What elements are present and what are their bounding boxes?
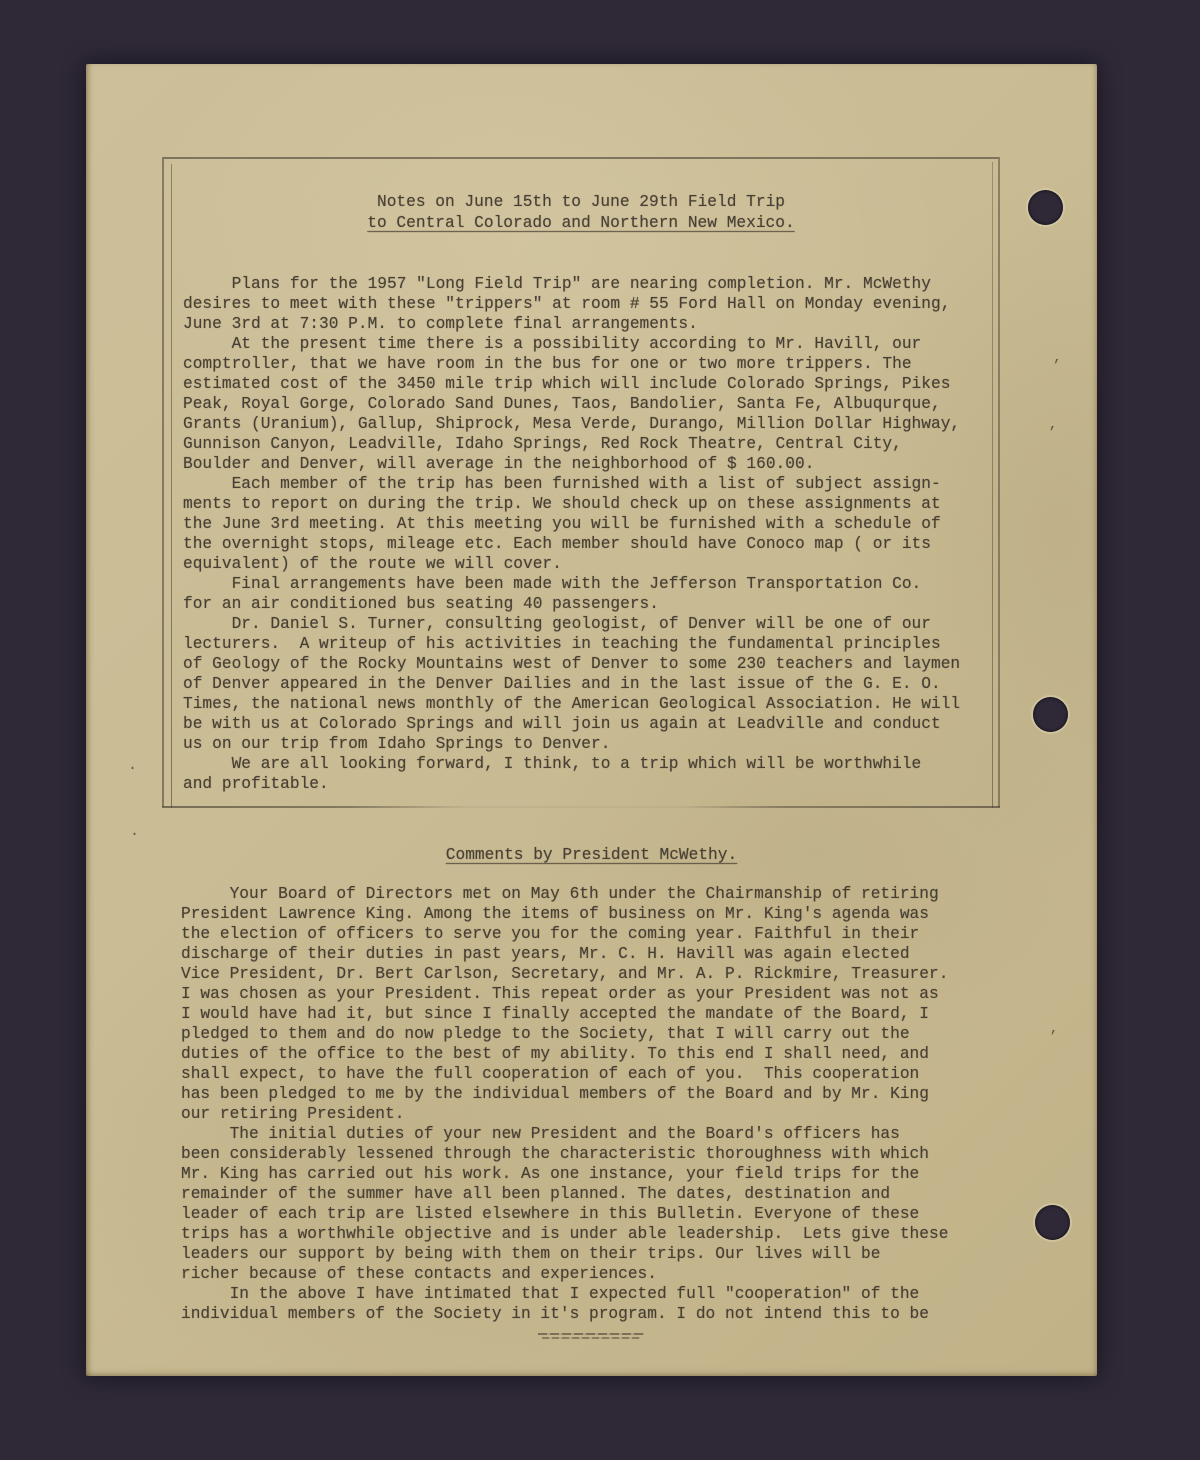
text-line: Vice President, Dr. Bert Carlson, Secret…: [181, 964, 948, 984]
text-line: for an air conditioned bus seating 40 pa…: [183, 594, 960, 614]
text-line: trips has a worthwhile objective and is …: [181, 1224, 948, 1244]
text-line: Grants (Uranium), Gallup, Shiprock, Mesa…: [183, 414, 960, 434]
text-line: ments to report on during the trip. We s…: [183, 494, 960, 514]
text-line: June 3rd at 7:30 P.M. to complete final …: [183, 314, 960, 334]
text-line: leaders our support by being with them o…: [181, 1244, 948, 1264]
text-line: Plans for the 1957 "Long Field Trip" are…: [183, 274, 960, 294]
text-line: In the above I have intimated that I exp…: [181, 1284, 948, 1304]
text-line: Each member of the trip has been furnish…: [183, 474, 960, 494]
ink-speck: ’: [1052, 362, 1061, 372]
ink-speck: ·: [130, 830, 139, 840]
text-line: lecturers. A writeup of his activities i…: [183, 634, 960, 654]
hole-punch-top: [1028, 190, 1063, 225]
text-line: the election of officers to serve you fo…: [181, 924, 948, 944]
text-line: comptroller, that we have room in the bu…: [183, 354, 960, 374]
hole-punch-bottom: [1035, 1205, 1070, 1240]
text-line: duties of the office to the best of my a…: [181, 1044, 948, 1064]
text-line: shall expect, to have the full cooperati…: [181, 1064, 948, 1084]
hole-punch-middle: [1033, 697, 1068, 732]
text-line: We are all looking forward, I think, to …: [183, 754, 960, 774]
box-inner-border-right: [992, 162, 993, 808]
text-line: and profitable.: [183, 774, 960, 794]
text-line: individual members of the Society in it'…: [181, 1304, 948, 1324]
text-line: leader of each trip are listed elsewhere…: [181, 1204, 948, 1224]
scan-background: { "colors": { "background": "#2e2837", "…: [0, 0, 1200, 1460]
text-line: Boulder and Denver, will average in the …: [183, 454, 960, 474]
text-line: equivalent) of the route we will cover.: [183, 554, 960, 574]
ink-speck: ‚: [1048, 420, 1057, 430]
field-trip-title-line-1: Notes on June 15th to June 29th Field Tr…: [164, 192, 998, 213]
text-line: our retiring President.: [181, 1104, 948, 1124]
text-line: richer because of these contacts and exp…: [181, 1264, 948, 1284]
text-line: be with us at Colorado Springs and will …: [183, 714, 960, 734]
text-line: the overnight stops, mileage etc. Each m…: [183, 534, 960, 554]
document-page: Notes on June 15th to June 29th Field Tr…: [86, 64, 1097, 1376]
text-line: been considerably lessened through the c…: [181, 1144, 948, 1164]
text-line: the June 3rd meeting. At this meeting yo…: [183, 514, 960, 534]
text-line: remainder of the summer have all been pl…: [181, 1184, 948, 1204]
end-divider: [538, 1333, 644, 1339]
text-line: The initial duties of your new President…: [181, 1124, 948, 1144]
text-line: I would have had it, but since I finally…: [181, 1004, 948, 1024]
field-trip-title: Notes on June 15th to June 29th Field Tr…: [164, 192, 998, 234]
text-line: Times, the national news monthly of the …: [183, 694, 960, 714]
ink-speck: ·: [128, 764, 137, 774]
text-line: of Denver appeared in the Denver Dailies…: [183, 674, 960, 694]
text-line: Your Board of Directors met on May 6th u…: [181, 884, 948, 904]
text-line: us on our trip from Idaho Springs to Den…: [183, 734, 960, 754]
text-line: Final arrangements have been made with t…: [183, 574, 960, 594]
ink-speck: ‚: [1049, 1024, 1058, 1034]
text-line: President Lawrence King. Among the items…: [181, 904, 948, 924]
text-line: estimated cost of the 3450 mile trip whi…: [183, 374, 960, 394]
box-inner-border-left: [171, 164, 172, 808]
comments-text: Your Board of Directors met on May 6th u…: [181, 884, 948, 1324]
comments-heading: Comments by President McWethy.: [86, 846, 1097, 864]
text-line: pledged to them and do now pledge to the…: [181, 1024, 948, 1044]
text-line: Mr. King has carried out his work. As on…: [181, 1164, 948, 1184]
text-line: desires to meet with these "trippers" at…: [183, 294, 960, 314]
text-line: has been pledged to me by the individual…: [181, 1084, 948, 1104]
text-line: of Geology of the Rocky Mountains west o…: [183, 654, 960, 674]
field-trip-notes-text: Plans for the 1957 "Long Field Trip" are…: [183, 274, 960, 794]
text-line: Dr. Daniel S. Turner, consulting geologi…: [183, 614, 960, 634]
text-line: Gunnison Canyon, Leadville, Idaho Spring…: [183, 434, 960, 454]
text-line: discharge of their duties in past years,…: [181, 944, 948, 964]
text-line: I was chosen as your President. This rep…: [181, 984, 948, 1004]
field-trip-notes-box: Notes on June 15th to June 29th Field Tr…: [162, 157, 1000, 807]
field-trip-title-line-2: to Central Colorado and Northern New Mex…: [164, 213, 998, 234]
text-line: At the present time there is a possibili…: [183, 334, 960, 354]
text-line: Peak, Royal Gorge, Colorado Sand Dunes, …: [183, 394, 960, 414]
